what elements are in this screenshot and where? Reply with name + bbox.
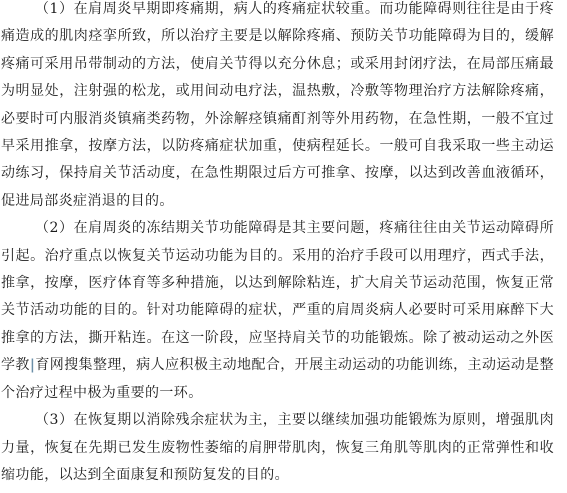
paragraph-frozen-stage-text-before-cursor: （2）在肩周炎的冻结期关节功能障碍是其主要问题，疼痛往往由关节运动障碍所引起。治… — [1, 220, 554, 373]
document-body: （1）在肩周炎早期即疼痛期，病人的疼痛症状较重。而功能障碍则往往是由于疼痛造成的… — [0, 0, 567, 489]
paragraph-recovery-stage: （3）在恢复期以消除残余症状为主，主要以继续加强功能锻炼为原则，增强肌肉力量，恢… — [1, 407, 554, 489]
paragraph-frozen-stage-text-after-cursor: 育网搜集整理，病人应积极主动地配合，开展主动运动的功能训练，主动运动是整个治疗过… — [1, 357, 554, 400]
paragraph-pain-stage: （1）在肩周炎早期即疼痛期，病人的疼痛症状较重。而功能障碍则往往是由于疼痛造成的… — [1, 0, 554, 215]
paragraph-frozen-stage: （2）在肩周炎的冻结期关节功能障碍是其主要问题，疼痛往往由关节运动障碍所引起。治… — [1, 215, 554, 407]
